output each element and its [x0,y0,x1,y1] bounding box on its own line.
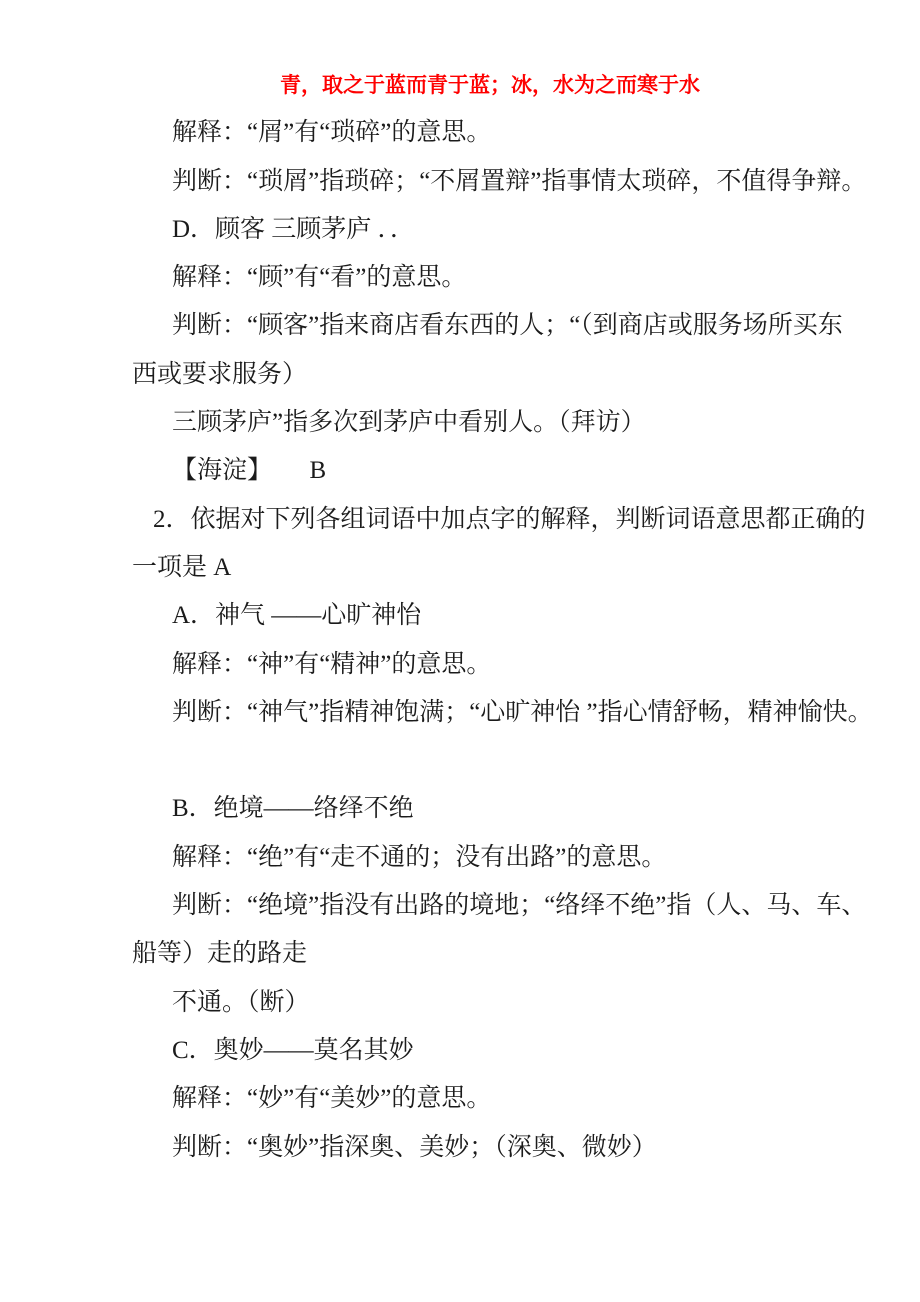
text-line: 三顾茅庐”指多次到茅庐中看别人。（拜访） [132,399,860,447]
text-line: D．顾客 三顾茅庐 ．． [132,206,860,254]
text-line: 判断：“奥妙”指深奥、美妙；（深奥、微妙） [132,1124,860,1172]
text-line: C．奥妙——莫名其妙 [132,1027,860,1075]
text-line: 一项是 A [132,544,860,592]
text-line: 不通。（断） [132,979,860,1027]
text-line: 判断：“顾客”指来商店看东西的人；“（到商店或服务场所买东 [132,302,860,350]
text-line: 西或要求服务） [132,351,860,399]
text-line: 解释：“妙”有“美妙”的意思。 [132,1075,860,1123]
document-body: 解释：“屑”有“琐碎”的意思。判断：“琐屑”指琐碎；“不屑置辩”指事情太琐碎，不… [132,109,860,1172]
text-line: A．神气 ——心旷神怡 [132,592,860,640]
text-line: 船等）走的路走 [132,930,860,978]
text-line: 2．依据对下列各组词语中加点字的解释，判断词语意思都正确的 [132,496,860,544]
text-line: 判断：“绝境”指没有出路的境地；“络绎不绝”指（人、马、车、 [132,882,860,930]
document-page: 青，取之于蓝而青于蓝；冰，水为之而寒于水 解释：“屑”有“琐碎”的意思。判断：“… [0,0,920,1302]
document-header: 青，取之于蓝而青于蓝；冰，水为之而寒于水 [132,61,848,109]
text-line: 解释：“绝”有“走不通的；没有出路”的意思。 [132,834,860,882]
text-line: 判断：“神气”指精神饱满；“心旷神怡 ”指心情舒畅，精神愉快。 [132,689,860,737]
text-line: 解释：“神”有“精神”的意思。 [132,641,860,689]
text-line: 判断：“琐屑”指琐碎；“不屑置辩”指事情太琐碎，不值得争辩。 [132,158,860,206]
text-line [132,737,860,785]
text-line: 【海淀】 B [132,447,860,495]
text-line: 解释：“屑”有“琐碎”的意思。 [132,109,860,157]
text-line: 解释：“顾”有“看”的意思。 [132,254,860,302]
text-line: B．绝境——络绎不绝 [132,785,860,833]
